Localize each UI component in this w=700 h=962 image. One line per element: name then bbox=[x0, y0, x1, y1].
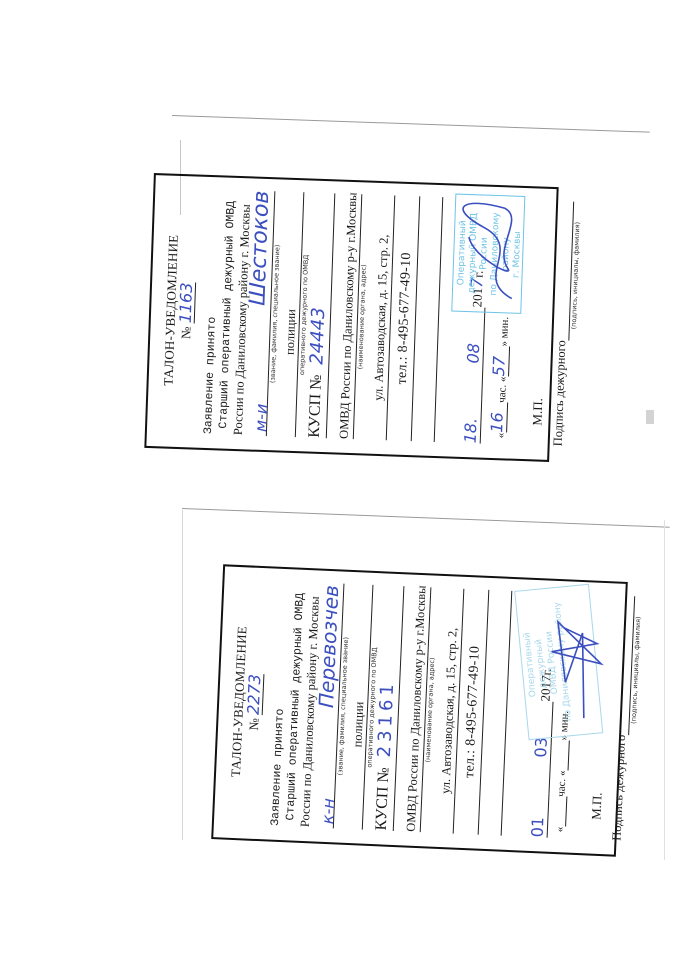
kusp-number-handwritten: 23161 bbox=[374, 680, 399, 758]
official-stamp: Оперативный дежурный ОМВД России по Дани… bbox=[514, 584, 603, 740]
date-day-handwritten: 01 bbox=[528, 793, 550, 838]
officer-name-handwritten: Шестоков bbox=[245, 190, 274, 306]
hour-label: час. bbox=[555, 778, 568, 797]
number-value-handwritten: 2273 bbox=[246, 674, 265, 715]
official-stamp: Оперативный дежурный ОМВД России по Дани… bbox=[451, 194, 525, 314]
scan-speck bbox=[646, 410, 654, 424]
number-label: № bbox=[178, 326, 193, 339]
kusp-label: КУСП № bbox=[304, 374, 328, 438]
hour-handwritten bbox=[565, 797, 567, 827]
number-value-handwritten: 1163 bbox=[178, 282, 196, 323]
scan-sheet-edge-right-2 bbox=[664, 520, 665, 860]
phone-number: 8-495-677-49-10 bbox=[396, 252, 414, 353]
scan-sheet-edge-left-2 bbox=[182, 510, 183, 840]
number-label: № bbox=[246, 718, 262, 731]
hour-label: час. bbox=[496, 385, 509, 403]
notification-ticket-2: ТАЛОН-УВЕДОМЛЕНИЕ № 2273 Заявление приня… bbox=[211, 564, 628, 856]
phone-number: 8-495-677-49-10 bbox=[464, 645, 483, 746]
hour-handwritten: 16 bbox=[487, 402, 508, 433]
kusp-number-handwritten: 24443 bbox=[306, 307, 330, 365]
police-label: полиции bbox=[283, 309, 300, 355]
minute-handwritten: 57 bbox=[489, 346, 510, 377]
phone-label: тел.: bbox=[395, 356, 411, 385]
minute-handwritten bbox=[568, 741, 570, 771]
police-label: полиции bbox=[350, 701, 367, 747]
rank-handwritten: к-н bbox=[318, 798, 338, 825]
scan-sheet-edge-top-2 bbox=[182, 508, 670, 528]
date-day-handwritten: 18. bbox=[461, 399, 483, 444]
rank-handwritten: м-и bbox=[251, 403, 271, 432]
phone-label: тел.: bbox=[462, 749, 478, 778]
seal-place-label: М.П. bbox=[529, 200, 554, 445]
minute-label: мин. bbox=[498, 317, 511, 339]
scan-sheet-edge-top-1 bbox=[172, 115, 650, 133]
notification-ticket-1: ТАЛОН-УВЕДОМЛЕНИЕ № 1163 Заявление приня… bbox=[144, 173, 558, 462]
kusp-label: КУСП № bbox=[371, 767, 396, 831]
date-month-handwritten: 08 bbox=[462, 307, 485, 400]
officer-name-handwritten: Перевозчев bbox=[314, 585, 343, 709]
